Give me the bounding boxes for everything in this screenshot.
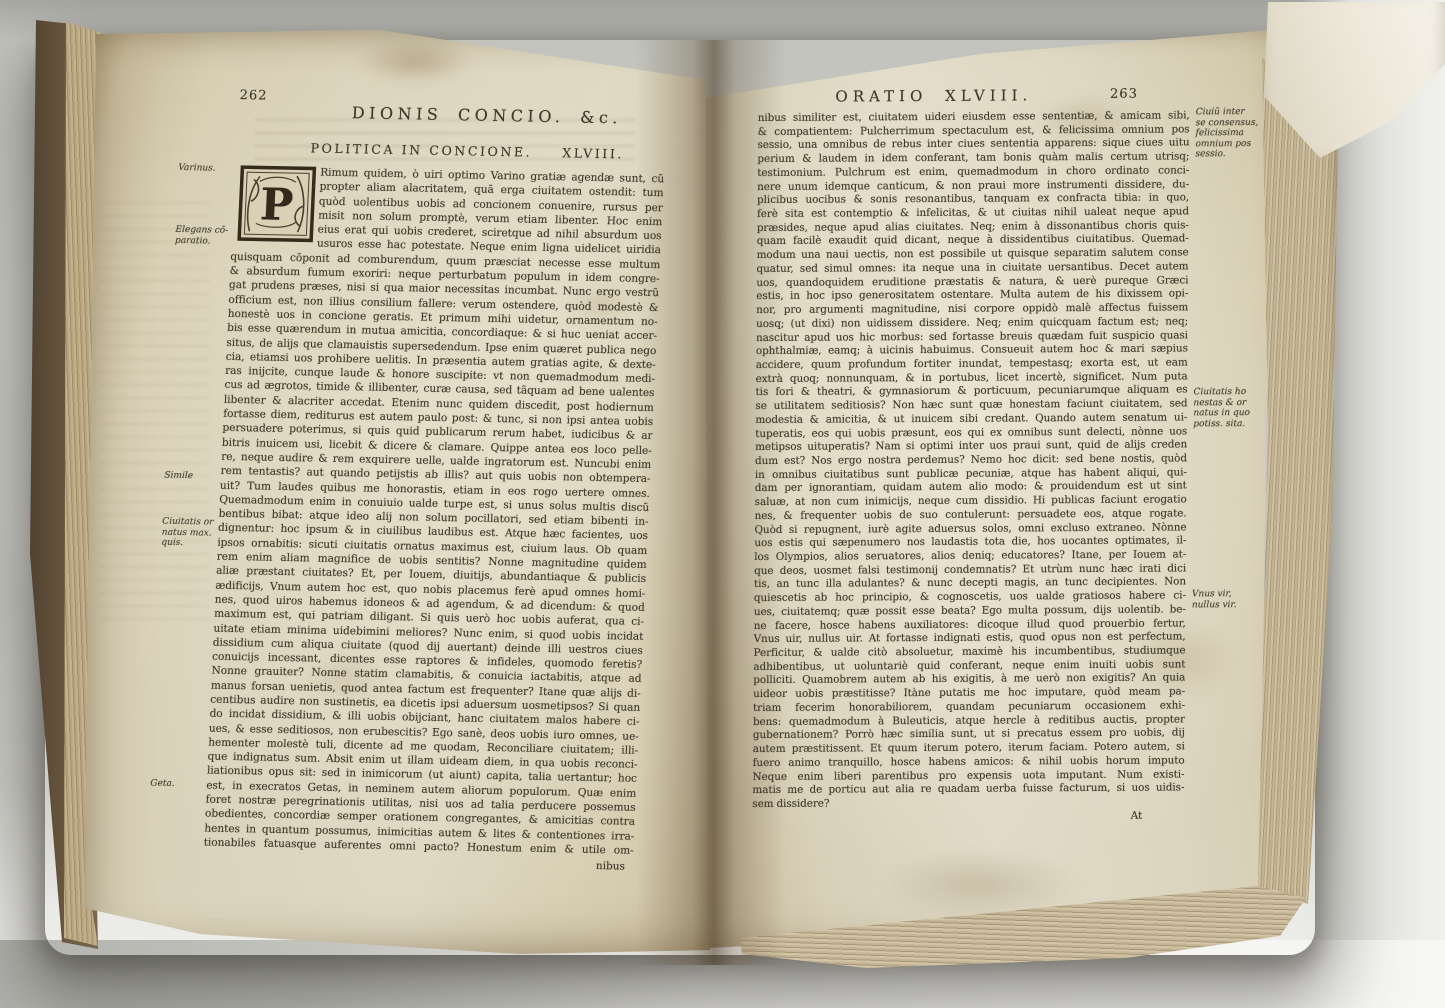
right-body-text: nibus similiter est, ciuitatem uideri ei…: [752, 109, 1189, 811]
left-section-heading: POLITICA IN CONCIONE. XLVIII.: [235, 139, 666, 162]
section-title: POLITICA IN CONCIONE.: [310, 140, 532, 159]
ink-bleedthrough: [100, 200, 210, 620]
left-page-text-block: 262 DIONIS CONCIO. &c. POLITICA IN CONCI…: [202, 88, 668, 886]
right-catchword: At: [752, 810, 1142, 824]
left-body-text: Rimum quidem, ò uiri optimo Varino grati…: [203, 164, 664, 858]
right-page-number: 263: [1110, 87, 1138, 102]
left-running-title: DIONIS CONCIO. &c.: [237, 101, 668, 128]
right-page-text-block: ORATIO XLVIII. 263 Ciuiũ inter se consen…: [752, 79, 1190, 842]
stain: [880, 850, 1080, 920]
book-photograph: 262 DIONIS CONCIO. &c. POLITICA IN CONCI…: [0, 0, 1445, 1008]
stain: [355, 38, 475, 84]
section-number: XLVIII.: [562, 145, 624, 161]
